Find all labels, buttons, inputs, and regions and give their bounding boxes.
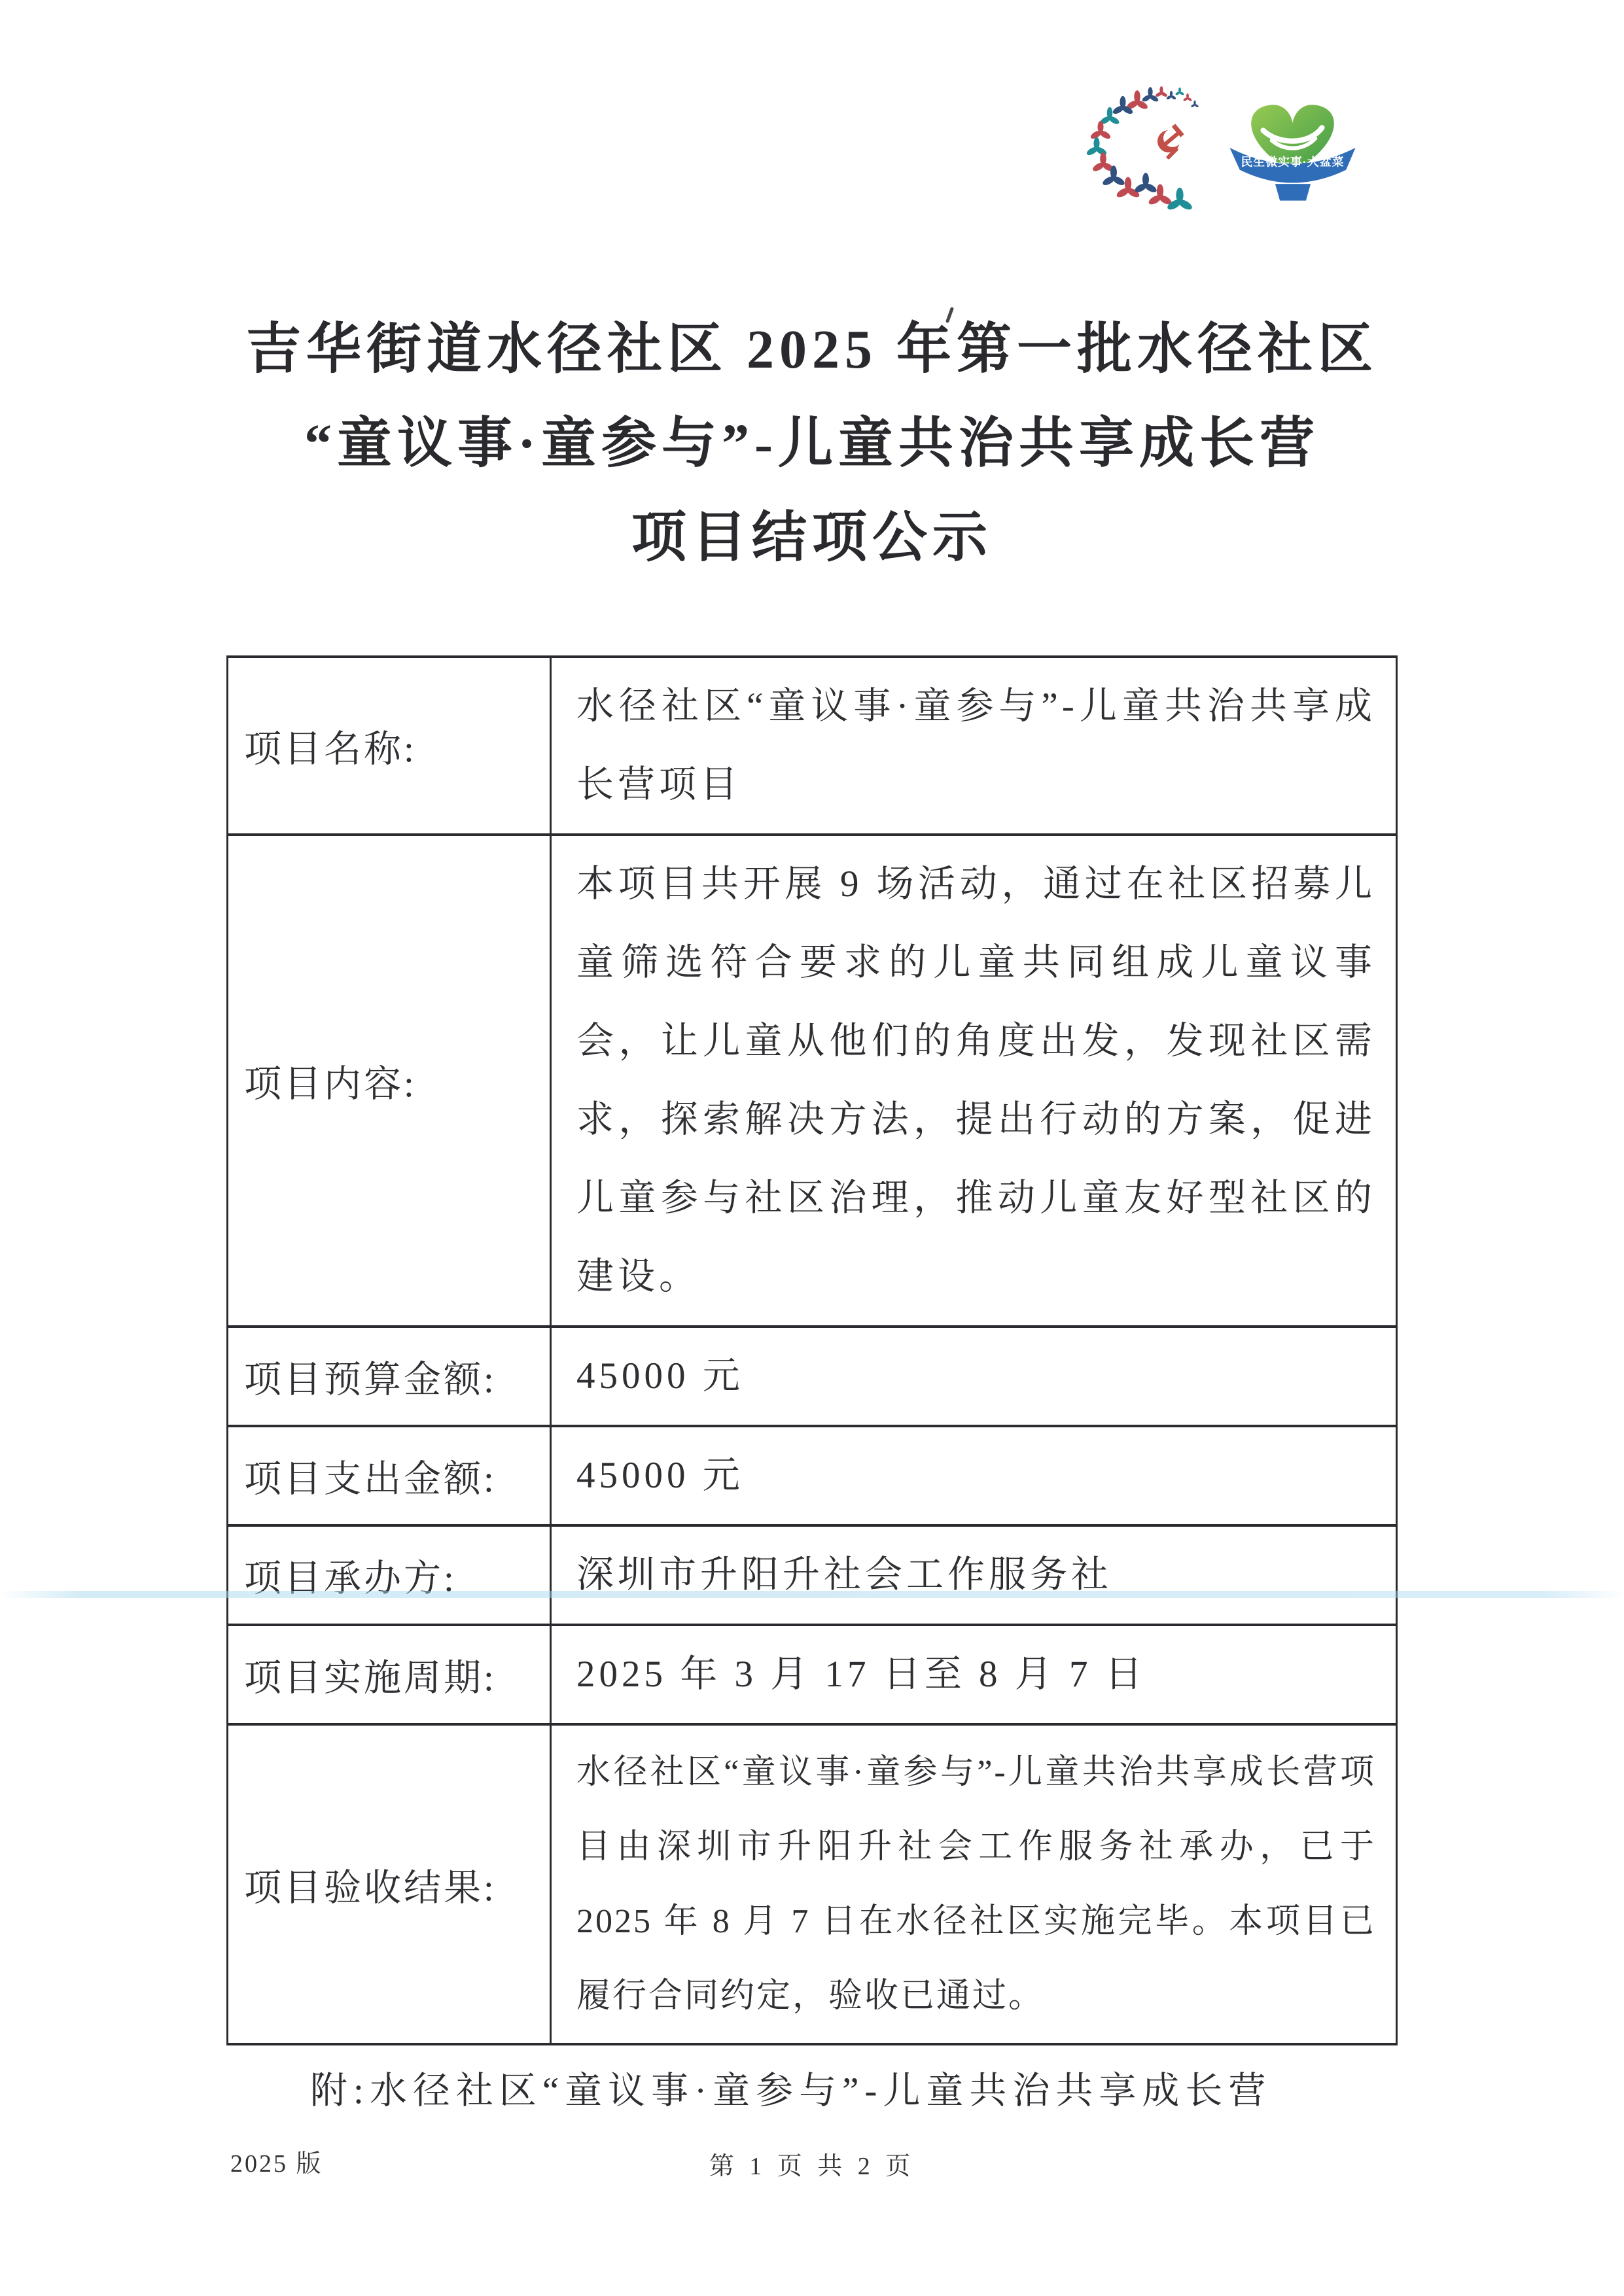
table-row-implementation-period: 项目实施周期: 2025 年 3 月 17 日至 8 月 7 日 bbox=[228, 1625, 1397, 1724]
title-line-1: 吉华街道水径社区 2025 年第一批水径社区 bbox=[0, 303, 1624, 397]
table-row-undertaker: 项目承办方: 深圳市升阳升社会工作服务社 bbox=[228, 1525, 1397, 1625]
row-label: 项目名称: bbox=[228, 657, 551, 835]
row-label: 项目支出金额: bbox=[228, 1426, 551, 1525]
row-label: 项目承办方: bbox=[228, 1525, 551, 1625]
row-value: 45000 元 bbox=[551, 1327, 1397, 1426]
row-value: 2025 年 3 月 17 日至 8 月 7 日 bbox=[551, 1625, 1397, 1724]
minsheng-dapencai-logo: 民生微实事·大盆菜 bbox=[1221, 92, 1365, 212]
table-row-acceptance-result: 项目验收结果: 水径社区“童议事·童参与”-儿童共治共享成长营项目由深圳市升阳升… bbox=[228, 1724, 1397, 2044]
footer-page-number: 第 1 页 共 2 页 bbox=[0, 2146, 1624, 2182]
row-label: 项目内容: bbox=[228, 835, 551, 1327]
row-value: 深圳市升阳升社会工作服务社 bbox=[551, 1525, 1397, 1625]
minsheng-logo-text: 民生微实事·大盆菜 bbox=[1241, 154, 1344, 168]
party-heart-logo bbox=[1084, 86, 1201, 217]
figure-heart-shape bbox=[1086, 86, 1199, 211]
document-page: 民生微实事·大盆菜 吉华街道水径社区 2025 年第一批水径社区 “童议事·童参… bbox=[0, 0, 1624, 2296]
hammer-sickle-icon bbox=[1157, 124, 1184, 160]
document-title: 吉华街道水径社区 2025 年第一批水径社区 “童议事·童参与”-儿童共治共享成… bbox=[0, 303, 1624, 585]
row-value: 水径社区“童议事·童参与”-儿童共治共享成长营项目由深圳市升阳升社会工作服务社承… bbox=[551, 1724, 1397, 2044]
scan-blue-streak bbox=[0, 1591, 1624, 1598]
row-value: 水径社区“童议事·童参与”-儿童共治共享成长营项目 bbox=[551, 657, 1397, 835]
title-line-2: “童议事·童参与”-儿童共治共享成长营 bbox=[0, 397, 1624, 491]
table-row-project-name: 项目名称: 水径社区“童议事·童参与”-儿童共治共享成长营项目 bbox=[228, 657, 1397, 835]
title-line-3: 项目结项公示 bbox=[0, 491, 1624, 585]
project-info-table: 项目名称: 水径社区“童议事·童参与”-儿童共治共享成长营项目 项目内容: 本项… bbox=[226, 655, 1398, 2045]
table-row-expense-amount: 项目支出金额: 45000 元 bbox=[228, 1426, 1397, 1525]
row-label: 项目实施周期: bbox=[228, 1625, 551, 1724]
row-value: 本项目共开展 9 场活动，通过在社区招募儿童筛选符合要求的儿童共同组成儿童议事会… bbox=[551, 835, 1397, 1327]
table-row-budget-amount: 项目预算金额: 45000 元 bbox=[228, 1327, 1397, 1426]
table-row-project-content: 项目内容: 本项目共开展 9 场活动，通过在社区招募儿童筛选符合要求的儿童共同组… bbox=[228, 835, 1397, 1327]
blue-bowl-foot bbox=[1275, 184, 1311, 201]
appendix-note: 附:水径社区“童议事·童参与”-儿童共治共享成长营 bbox=[226, 2061, 1488, 2122]
row-label: 项目验收结果: bbox=[228, 1724, 551, 2044]
row-label: 项目预算金额: bbox=[228, 1327, 551, 1426]
row-value: 45000 元 bbox=[551, 1426, 1397, 1525]
